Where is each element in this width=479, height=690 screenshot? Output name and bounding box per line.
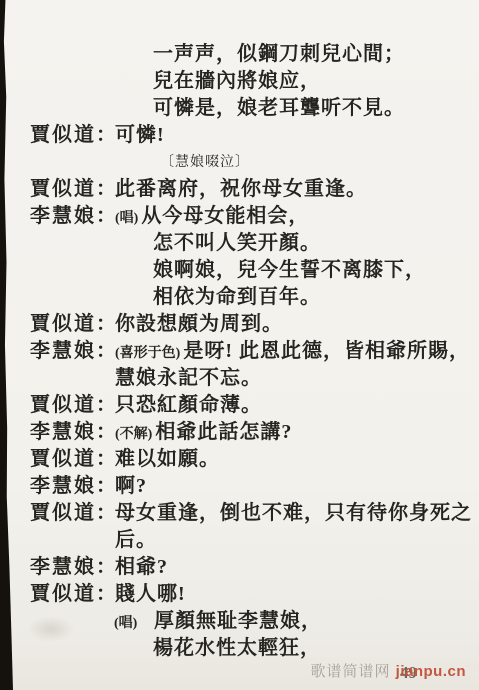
watermark: 歌谱简谱网 jianpu.cn [310,660,466,681]
line-text: 賤人哪! [115,583,186,605]
speaker-name-text: 賈似道 [30,448,96,470]
line-text: 母女重逢，倒也不难，只有待你身死之 [115,502,472,524]
dialogue-line: 賈似道：此番离府，祝你母女重逢。 [0,176,479,203]
speaker-name-text: 李慧娘 [30,340,96,362]
line-text: 怎不叫人笑开顏。 [153,232,321,254]
speaker-name: 賈似道： [30,581,115,608]
dialogue-line: 賈似道：可憐! [0,122,479,149]
speaker-name: 賈似道： [30,500,115,527]
speaker-name: 賈似道： [30,446,115,473]
speaker-name: 李慧娘： [30,473,115,500]
dialogue-continuation-line: 后。 [0,527,479,554]
watermark-site-name: 歌谱简谱网 [310,663,390,680]
watermark-site-url: jianpu.cn [396,663,466,680]
lyric-line: 相依为命到百年。 [0,284,479,311]
lyric-line: 兒在牆內將娘应， [0,68,479,95]
speaker-name: 李慧娘： [30,203,115,230]
speaker-name: 賈似道： [30,392,115,419]
lyric-line: 可憐是，娘老耳聾听不見。 [0,95,479,122]
scanned-script-page: 一声声，似鋼刀刺兒心間；兒在牆內將娘应，可憐是，娘老耳聾听不見。賈似道：可憐!〔… [0,0,479,690]
stage-direction-text: 〔慧娘啜泣〕 [160,155,250,170]
speaker-name: 賈似道： [30,122,115,149]
lyric-line: 楊花水性太輕狂， [0,635,479,662]
lyric-line: (唱)厚顏無耻李慧娘， [0,608,479,635]
speaker-name: 李慧娘： [30,338,115,365]
line-text: 从今母女能相会， [141,205,309,227]
line-text: 只恐紅顏命薄。 [115,394,262,416]
line-text: 你設想頗为周到。 [115,313,283,335]
lyric-line: 一声声，似鋼刀刺兒心間； [0,41,479,68]
speaker-name: 李慧娘： [30,419,115,446]
speaker-name-text: 賈似道 [30,502,96,524]
speaker-name-text: 李慧娘 [30,475,96,497]
speaker-name-text: 李慧娘 [30,421,96,443]
dialogue-continuation-line: 慧娘永記不忘。 [0,365,479,392]
speaker-name-text: 賈似道 [30,178,96,200]
line-text: 相爺此話怎講? [155,421,292,443]
speaker-name-text: 賈似道 [30,124,96,146]
line-text: 厚顏無耻李慧娘， [154,610,322,632]
dialogue-line: 賈似道：你設想頗为周到。 [0,311,479,338]
line-text: 此番离府，祝你母女重逢。 [115,178,367,200]
speaker-name: 賈似道： [30,176,115,203]
speaker-name-text: 賈似道 [30,583,96,605]
line-text: 相爺? [115,556,168,578]
dialogue-line: 李慧娘：(唱)从今母女能相会， [0,203,479,230]
speaker-name-text: 賈似道 [30,394,96,416]
speaker-name-text: 賈似道 [30,313,96,335]
lyric-line: 娘啊娘，兒今生誓不离膝下， [0,257,479,284]
line-text: 是呀! 此恩此德，皆相爺所賜， [183,340,470,362]
dialogue-line: 賈似道：賤人哪! [0,581,479,608]
speaker-name: 賈似道： [30,311,115,338]
line-text: 可憐! [115,124,165,146]
stage-annotation: (喜形于色) [115,346,180,361]
speaker-name: 李慧娘： [30,554,115,581]
line-text: 后。 [115,529,157,551]
dialogue-line: 李慧娘：相爺? [0,554,479,581]
dialogue-line: 李慧娘：啊? [0,473,479,500]
stage-direction: 〔慧娘啜泣〕 [0,149,479,176]
line-text: 楊花水性太輕狂， [153,637,321,659]
line-text: 兒在牆內將娘应， [153,70,321,92]
line-text: 慧娘永記不忘。 [115,367,262,389]
lyric-line: 怎不叫人笑开顏。 [0,230,479,257]
line-text: 啊? [115,475,147,497]
line-text: 可憐是，娘老耳聾听不見。 [153,97,405,119]
dialogue-line: 賈似道：母女重逢，倒也不难，只有待你身死之 [0,500,479,527]
dialogue-line: 李慧娘：(喜形于色)是呀! 此恩此德，皆相爺所賜， [0,338,479,365]
stage-annotation: (不解) [115,427,152,442]
script-text: 一声声，似鋼刀刺兒心間；兒在牆內將娘应，可憐是，娘老耳聾听不見。賈似道：可憐!〔… [0,41,479,662]
stage-annotation: (唱) [115,211,138,226]
line-text: 难以如願。 [115,448,220,470]
dialogue-line: 李慧娘：(不解)相爺此話怎講? [0,419,479,446]
dialogue-line: 賈似道：难以如願。 [0,446,479,473]
dialogue-line: 賈似道：只恐紅顏命薄。 [0,392,479,419]
speaker-name-text: 李慧娘 [30,205,96,227]
line-text: 一声声，似鋼刀刺兒心間； [153,43,405,65]
stage-annotation: (唱) [114,610,151,637]
speaker-name-text: 李慧娘 [30,556,96,578]
line-text: 相依为命到百年。 [153,286,321,308]
line-text: 娘啊娘，兒今生誓不离膝下， [153,259,426,281]
